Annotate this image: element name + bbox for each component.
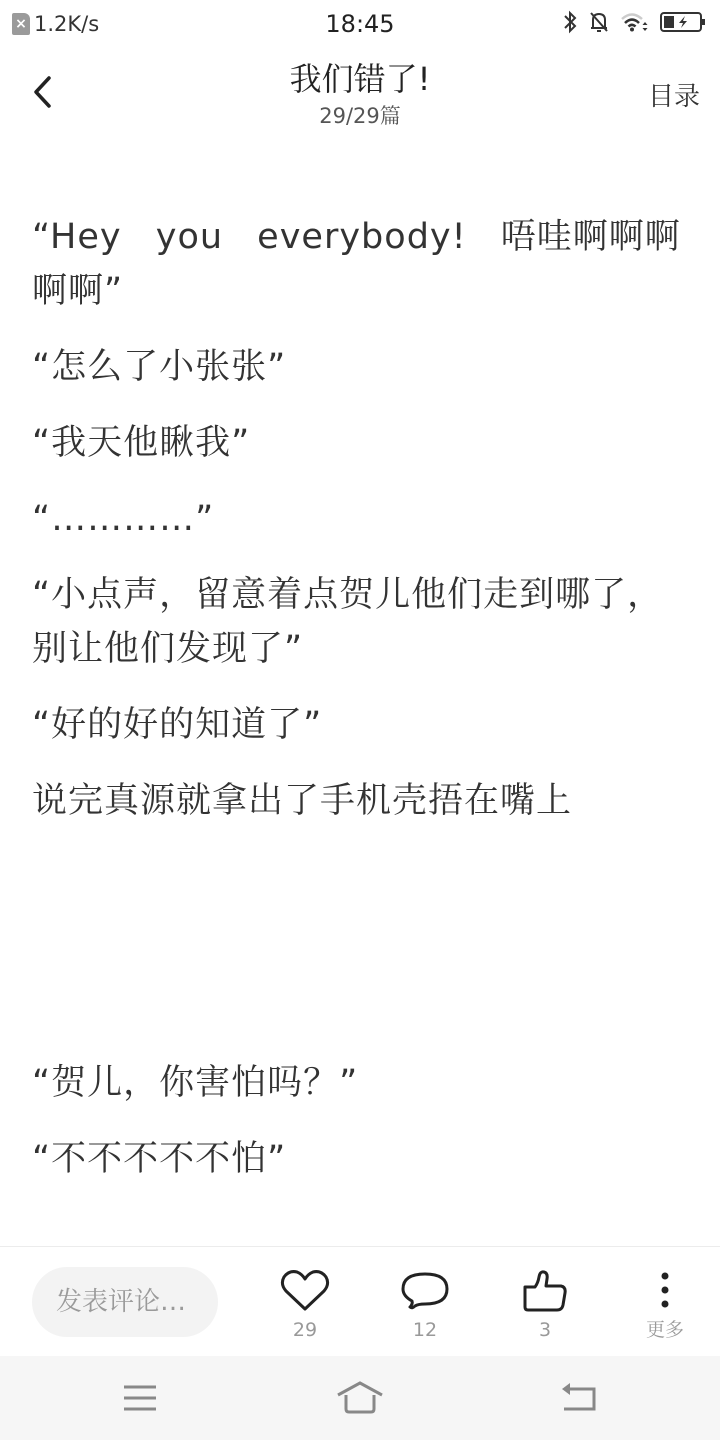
- paragraph: “我天他瞅我”: [32, 416, 692, 470]
- wifi-icon: [620, 11, 650, 33]
- thumbs-up-icon: [520, 1269, 570, 1313]
- chapter-content: “Hey you everybody! 唔哇啊啊啊啊啊” “怎么了小张张” “我…: [32, 210, 692, 1208]
- bluetooth-icon: [562, 10, 578, 34]
- nav-back-button[interactable]: [550, 1376, 610, 1420]
- speech-bubble-icon: [400, 1269, 450, 1313]
- more-vertical-icon: [640, 1269, 690, 1313]
- thumbs-up-count: 3: [539, 1319, 551, 1341]
- thumbs-up-button[interactable]: 3: [500, 1269, 590, 1341]
- paragraph: “好的好的知道了”: [32, 698, 692, 752]
- like-count: 29: [293, 1319, 317, 1341]
- home-icon: [336, 1381, 384, 1415]
- paragraph: “贺儿，你害怕吗？”: [32, 1056, 692, 1110]
- paragraph: 说完真源就拿出了手机壳捂在嘴上: [32, 774, 692, 828]
- back-icon: [560, 1381, 600, 1415]
- paragraph: “Hey you everybody! 唔哇啊啊啊啊啊”: [32, 210, 692, 318]
- comment-count: 12: [413, 1319, 437, 1341]
- toc-button[interactable]: 目录: [648, 76, 700, 113]
- chevron-left-icon: [31, 75, 53, 109]
- more-label: 更多: [646, 1319, 684, 1341]
- status-bar: × 1.2K/s 18:45: [0, 0, 720, 50]
- like-button[interactable]: 29: [260, 1269, 350, 1341]
- paragraph: “怎么了小张张”: [32, 340, 692, 394]
- chapter-progress: 29/29篇: [160, 102, 560, 130]
- chapter-title: 我们错了!: [160, 58, 560, 100]
- back-button[interactable]: [20, 70, 64, 114]
- heart-icon: [280, 1269, 330, 1313]
- reader-header: 我们错了! 29/29篇 目录: [0, 50, 720, 140]
- action-bar: 29 12 3 更多: [0, 1246, 720, 1356]
- title-block: 我们错了! 29/29篇: [160, 58, 560, 130]
- comment-button[interactable]: 12: [380, 1269, 470, 1341]
- nav-menu-button[interactable]: [110, 1376, 170, 1420]
- system-nav-bar: [0, 1356, 720, 1440]
- paragraph: “…………”: [32, 492, 692, 546]
- status-right: [562, 10, 706, 34]
- battery-charging-icon: [660, 10, 706, 34]
- paragraph: “不不不不不怕”: [32, 1132, 692, 1186]
- paragraph: “小点声，留意着点贺儿他们走到哪了，别让他们发现了”: [32, 568, 692, 676]
- comment-input[interactable]: [32, 1267, 218, 1337]
- bell-muted-icon: [588, 10, 610, 34]
- more-button[interactable]: 更多: [620, 1269, 710, 1341]
- menu-icon: [122, 1383, 158, 1413]
- nav-home-button[interactable]: [330, 1376, 390, 1420]
